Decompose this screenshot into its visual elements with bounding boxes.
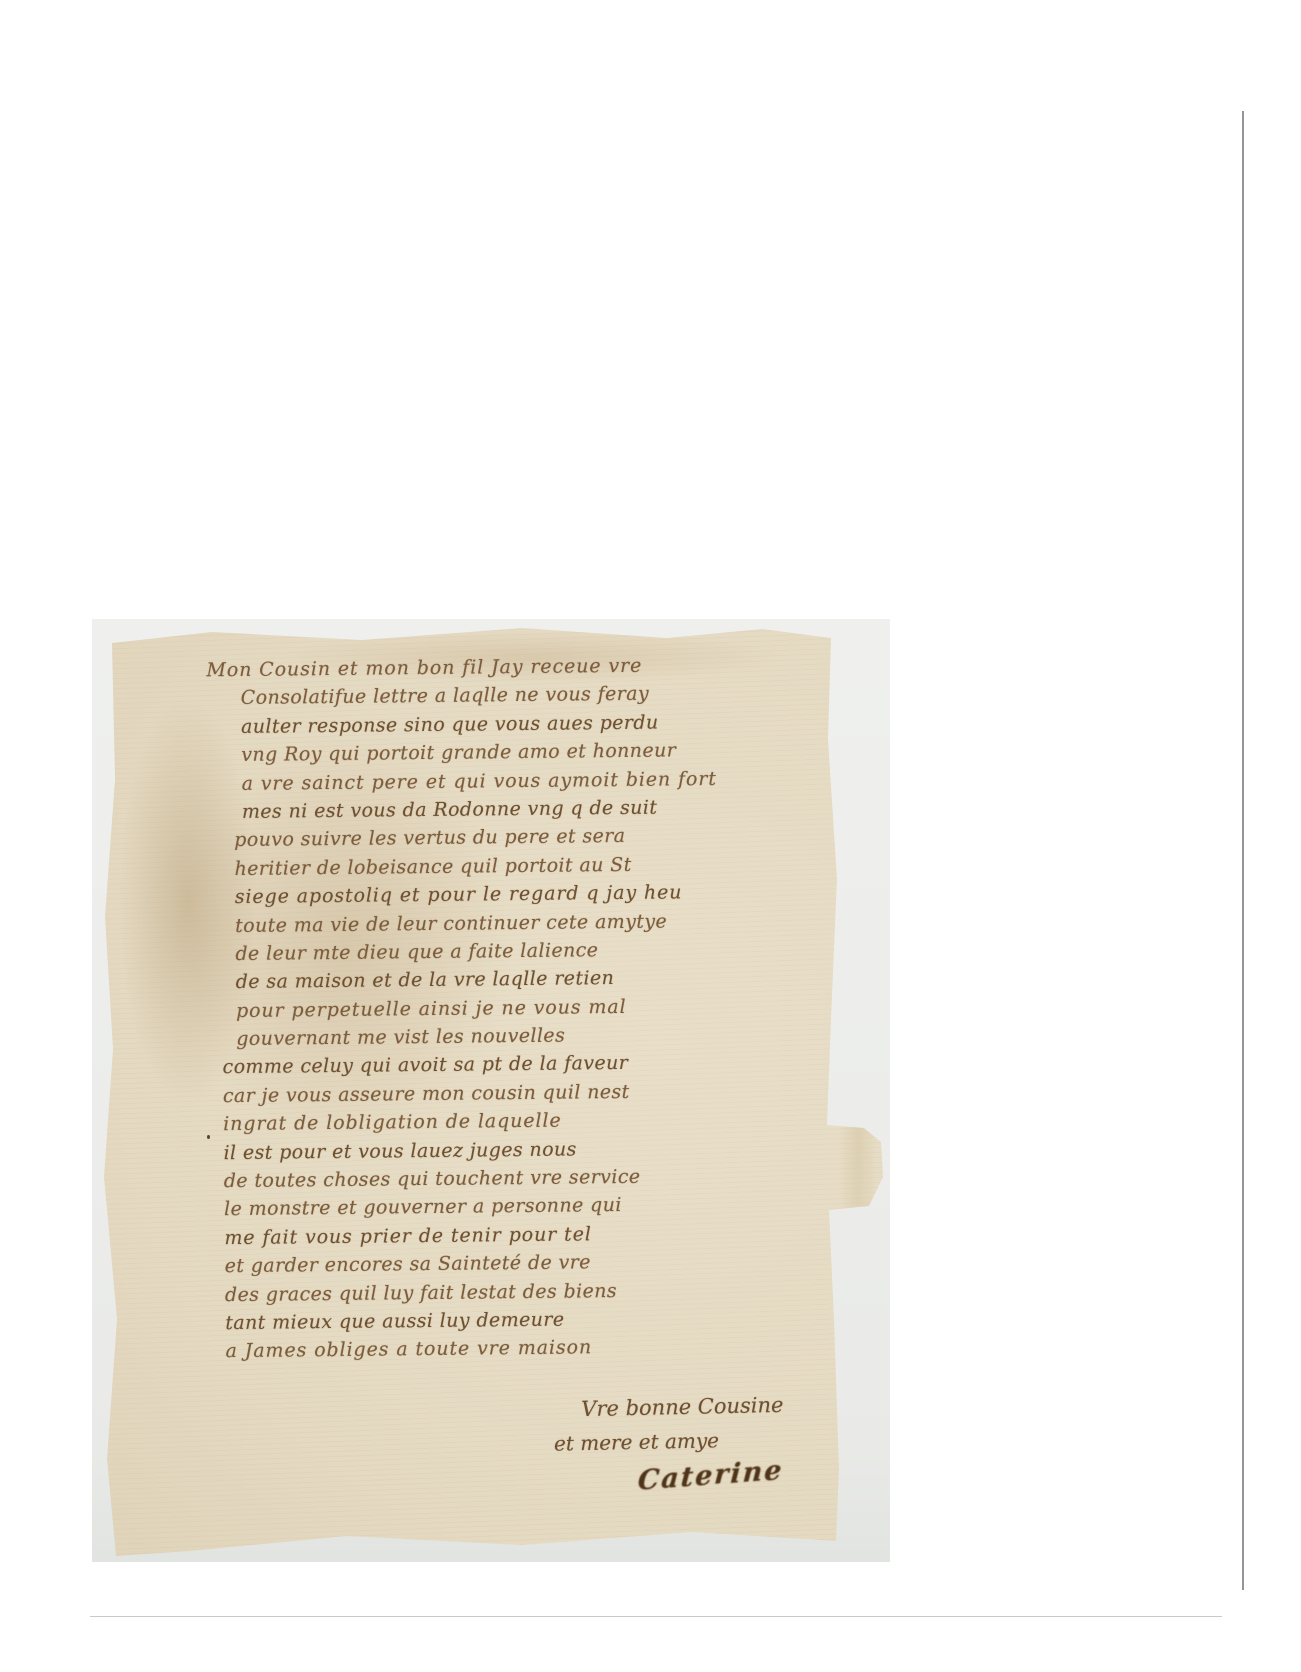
vertical-rule [1242,111,1244,1590]
closing-block: Vre bonne Cousine et mere et amye Cateri… [91,1386,891,1505]
signature-flourish: Caterine [637,1455,785,1497]
horizontal-rule [90,1616,1222,1617]
closing-line: et mere et amye [554,1420,891,1461]
manuscript-photo: Mon Cousin et mon bon fil Jay receue vre… [92,619,890,1562]
letter-paper: Mon Cousin et mon bon fil Jay receue vre… [92,619,890,1562]
handwriting-line: a James obliges a toute vre maison [225,1331,837,1366]
closing-line: Vre bonne Cousine [581,1386,890,1426]
ink-speck [207,1135,210,1139]
handwriting-block: Mon Cousin et mon bon fil Jay receue vre… [206,650,837,1366]
